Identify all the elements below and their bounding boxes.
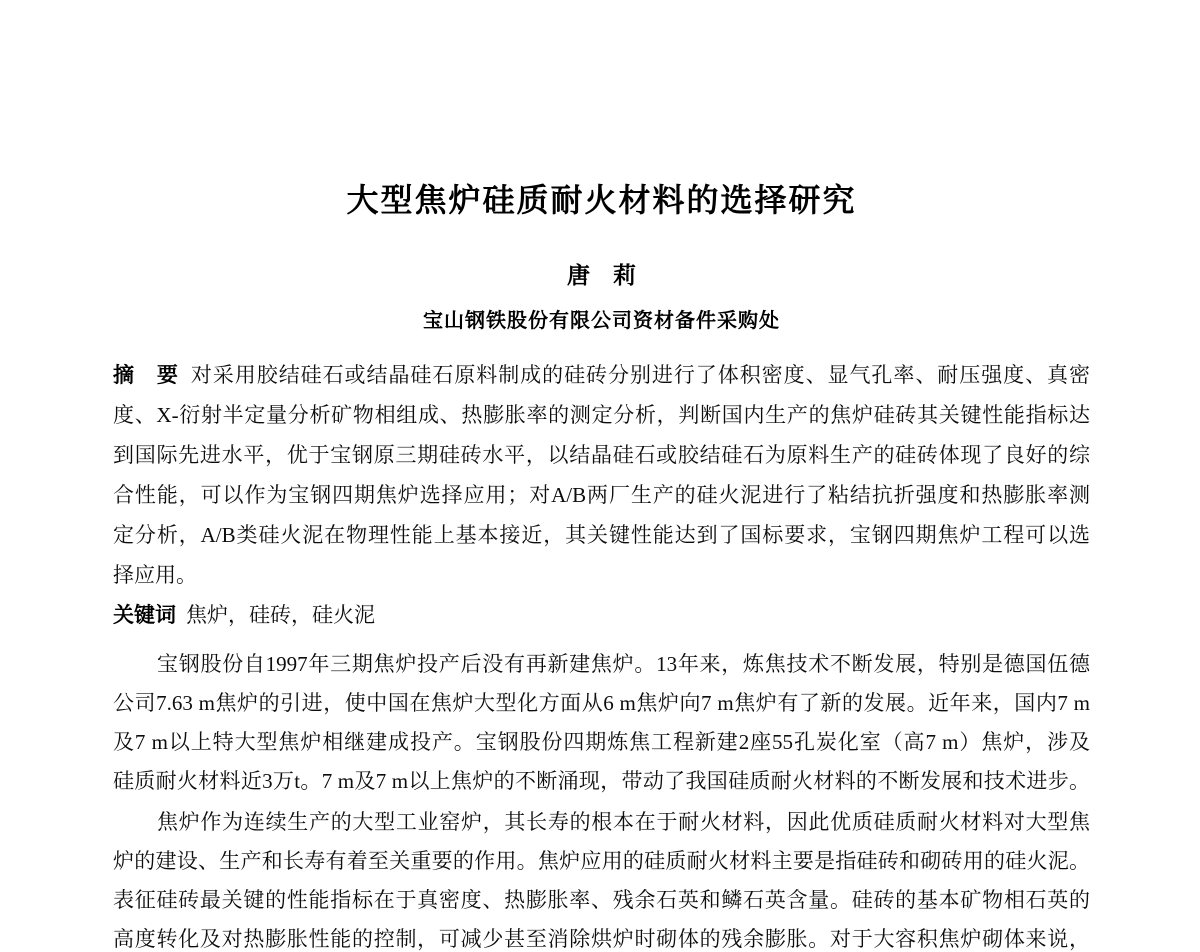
body-paragraph-1: 宝钢股份自1997年三期焦炉投产后没有再新建焦炉。13年来，炼焦技术不断发展，特… — [113, 645, 1090, 801]
abstract-line-1: 摘 要对采用胶结硅石或结晶硅石原料制成的硅砖分别进行了体积密度、显气孔率、耐压强… — [113, 355, 1090, 395]
abstract-line-3: 到国际先进水平，优于宝钢原三期硅砖水平，以结晶硅石或胶结硅石为原料生产的硅砖体现… — [113, 435, 1090, 475]
paragraph-2-line-4: 高度转化及对热膨胀性能的控制，可减少甚至消除烘炉时砌体的残余膨胀。对于大容积焦炉… — [113, 920, 1090, 952]
paragraph-1-line-1: 宝钢股份自1997年三期焦炉投产后没有再新建焦炉。13年来，炼焦技术不断发展，特… — [113, 645, 1090, 684]
abstract-line-4: 合性能，可以作为宝钢四期焦炉选择应用；对A/B两厂生产的硅火泥进行了粘结抗折强度… — [113, 475, 1090, 515]
paragraph-1-line-4: 硅质耐火材料近3万t。7 m及7 m以上焦炉的不断涌现，带动了我国硅质耐火材料的… — [113, 762, 1090, 801]
paragraph-2-line-1: 焦炉作为连续生产的大型工业窑炉，其长寿的根本在于耐火材料，因此优质硅质耐火材料对… — [113, 803, 1090, 842]
abstract-text-1: 对采用胶结硅石或结晶硅石原料制成的硅砖分别进行了体积密度、显气孔率、耐压强度、真… — [191, 363, 1090, 387]
document-page: 大型焦炉硅质耐火材料的选择研究 唐 莉 宝山钢铁股份有限公司资材备件采购处 摘 … — [0, 183, 1200, 952]
keywords-line: 关键词焦炉，硅砖，硅火泥 — [113, 595, 1090, 635]
keywords-text: 焦炉，硅砖，硅火泥 — [186, 603, 375, 627]
abstract-section: 摘 要对采用胶结硅石或结晶硅石原料制成的硅砖分别进行了体积密度、显气孔率、耐压强… — [113, 355, 1090, 595]
author-affiliation: 宝山钢铁股份有限公司资材备件采购处 — [113, 309, 1090, 333]
paragraph-1-line-3: 及7 m以上特大型焦炉相继建成投产。宝钢股份四期炼焦工程新建2座55孔炭化室（高… — [113, 723, 1090, 762]
keywords-label: 关键词 — [113, 603, 176, 627]
paragraph-2-line-2: 炉的建设、生产和长寿有着至关重要的作用。焦炉应用的硅质耐火材料主要是指硅砖和砌砖… — [113, 842, 1090, 881]
abstract-line-6: 择应用。 — [113, 555, 1090, 595]
paragraph-1-line-2: 公司7.63 m焦炉的引进，使中国在焦炉大型化方面从6 m焦炉向7 m焦炉有了新… — [113, 684, 1090, 723]
abstract-label: 摘 要 — [113, 363, 179, 387]
abstract-line-2: 度、X-衍射半定量分析矿物相组成、热膨胀率的测定分析，判断国内生产的焦炉硅砖其关… — [113, 395, 1090, 435]
paper-title: 大型焦炉硅质耐火材料的选择研究 — [113, 183, 1090, 217]
paragraph-2-line-3: 表征硅砖最关键的性能指标在于真密度、热膨胀率、残余石英和鳞石英含量。硅砖的基本矿… — [113, 881, 1090, 920]
body-paragraph-2: 焦炉作为连续生产的大型工业窑炉，其长寿的根本在于耐火材料，因此优质硅质耐火材料对… — [113, 803, 1090, 952]
abstract-line-5: 定分析，A/B类硅火泥在物理性能上基本接近，其关键性能达到了国标要求，宝钢四期焦… — [113, 515, 1090, 555]
author-name: 唐 莉 — [113, 263, 1090, 289]
